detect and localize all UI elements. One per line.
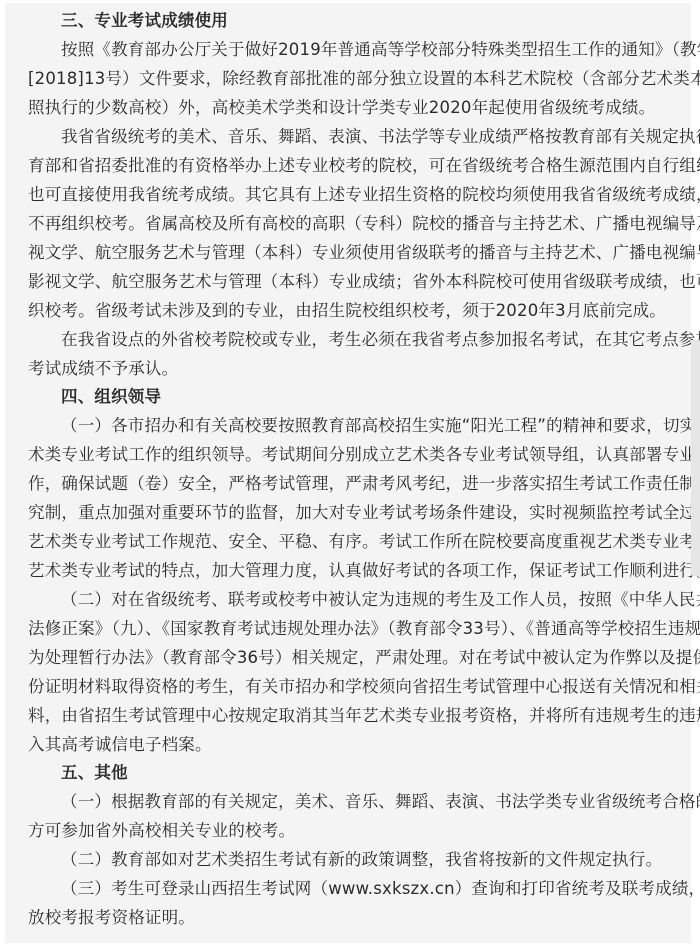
paragraph: （三）考生可登录山西招生考试网（www.sxkszx.cn）查询和打印省统考及联… [28,874,678,932]
paragraph: （二）对在省级统考、联考或校考中被认定为违规的考生及工作人员，按照《中华人民共和… [28,585,678,759]
text-line: 按照《教育部办公厅关于做好2019年普通高等学校部分特殊类型招生工作的通知》（教… [28,35,678,64]
text-line: 也可直接使用我省统考成绩。其它具有上述专业招生资格的院校均须使用我省省级统考成绩… [28,180,678,209]
text-line: 视文学、航空服务艺术与管理（本科）专业须使用省级联考的播音与主持艺术、广播电视编… [28,238,678,267]
text-line: 织校考。省级考试未涉及到的专业，由招生院校组织校考，须于2020年3月底前完成。 [28,296,678,325]
text-line: 放校考报考资格证明。 [28,903,678,932]
text-line: 不再组织校考。省属高校及所有高校的高职（专科）院校的播音与主持艺术、广播电视编导… [28,209,678,238]
text-line: [2018]13号）文件要求，除经教育部批准的部分独立设置的本科艺术院校（含部分… [28,64,678,93]
text-line: （三）考生可登录山西招生考试网（www.sxkszx.cn）查询和打印省统考及联… [28,874,678,903]
text-line: （一）根据教育部的有关规定，美术、音乐、舞蹈、表演、书法学类专业省级统考合格的考… [28,787,678,816]
paragraph: 按照《教育部办公厅关于做好2019年普通高等学校部分特殊类型招生工作的通知》（教… [28,35,678,122]
text-line: 我省省级统考的美术、音乐、舞蹈、表演、书法学等专业成绩严格按教育部有关规定执行。… [28,122,678,151]
scrollbar[interactable] [691,0,700,949]
section-heading: 三、专业考试成绩使用 [28,7,678,35]
section-other: 五、其他 （一）根据教育部的有关规定，美术、音乐、舞蹈、表演、书法学类专业省级统… [28,759,678,932]
paragraph: 在我省设点的外省校考院校或专业，考生必须在我省考点参加报名考试，在其它考点参加的… [28,325,678,383]
paragraph: （一）各市招办和有关高校要按照教育部高校招生实施“阳光工程”的精神和要求，切实加… [28,411,678,585]
text-line: 照执行的少数高校）外，高校美术学类和设计学类专业2020年起使用省级统考成绩。 [28,93,678,122]
paragraph: 我省省级统考的美术、音乐、舞蹈、表演、书法学等专业成绩严格按教育部有关规定执行。… [28,122,678,325]
text-line: 方可参加省外高校相关专业的校考。 [28,816,678,845]
section-heading: 五、其他 [28,759,678,787]
text-line: （二）对在省级统考、联考或校考中被认定为违规的考生及工作人员，按照《中华人民共和… [28,585,678,614]
text-line: 法修正案》（九）、《国家教育考试违规处理办法》（教育部令33号）、《普通高等学校… [28,614,678,643]
paragraph: （一）根据教育部的有关规定，美术、音乐、舞蹈、表演、书法学类专业省级统考合格的考… [28,787,678,845]
text-line: 究制，重点加强对重要环节的监督，加大对专业考试考场条件建设，实时视频监控考试全过… [28,498,678,527]
text-line: 影视文学、航空服务艺术与管理（本科）专业成绩；省外本科院校可使用省级联考成绩，也… [28,267,678,296]
document-content: 三、专业考试成绩使用 按照《教育部办公厅关于做好2019年普通高等学校部分特殊类… [28,7,678,932]
section-organization-leadership: 四、组织领导 （一）各市招办和有关高校要按照教育部高校招生实施“阳光工程”的精神… [28,383,678,759]
text-line: 育部和省招委批准的有资格举办上述专业校考的院校，可在省级统考合格生源范围内自行组… [28,151,678,180]
text-line: （一）各市招办和有关高校要按照教育部高校招生实施“阳光工程”的精神和要求，切实加… [28,411,678,440]
document-page: 三、专业考试成绩使用 按照《教育部办公厅关于做好2019年普通高等学校部分特殊类… [5,3,691,943]
text-line: 作，确保试题（卷）安全，严格考试管理，严肃考风考纪，进一步落实招生考试工作责任制… [28,469,678,498]
text-line: 艺术类专业考试工作规范、安全、平稳、有序。考试工作所在院校要高度重视艺术类专业考… [28,527,678,556]
text-line: 艺术类专业考试的特点，加大管理力度，认真做好考试的各项工作，保证考试工作顺利进行… [28,556,678,585]
text-line: 为处理暂行办法》（教育部令36号）相关规定，严肃处理。对在考试中被认定为作弊以及… [28,643,678,672]
paragraph: （二）教育部如对艺术类招生考试有新的政策调整，我省将按新的文件规定执行。 [28,845,678,874]
text-line: 术类专业考试工作的组织领导。考试期间分别成立艺术类各专业考试领导组，认真部署专业… [28,440,678,469]
text-line: 入其高考诚信电子档案。 [28,730,678,759]
text-line: （二）教育部如对艺术类招生考试有新的政策调整，我省将按新的文件规定执行。 [28,845,678,874]
text-line: 考试成绩不予承认。 [28,354,678,383]
text-line: 在我省设点的外省校考院校或专业，考生必须在我省考点参加报名考试，在其它考点参加的… [28,325,678,354]
text-line: 料，由省招生考试管理中心按规定取消其当年艺术类专业报考资格，并将所有违规考生的违… [28,701,678,730]
section-heading: 四、组织领导 [28,383,678,411]
scrollbar-thumb[interactable] [691,340,700,576]
section-score-usage: 三、专业考试成绩使用 按照《教育部办公厅关于做好2019年普通高等学校部分特殊类… [28,7,678,383]
text-line: 份证明材料取得资格的考生，有关市招办和学校须向省招生考试管理中心报送有关情况和相… [28,672,678,701]
